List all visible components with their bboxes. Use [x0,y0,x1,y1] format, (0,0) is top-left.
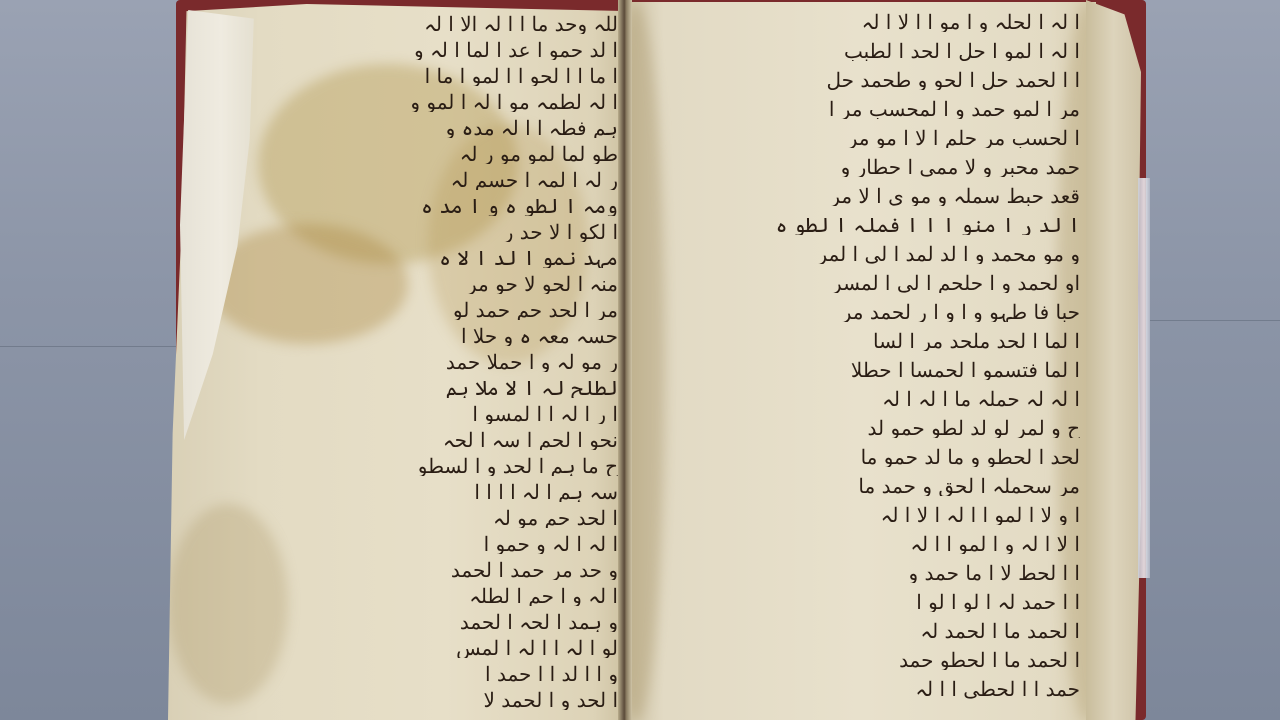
book-gutter [618,0,632,720]
script-line: ا لہ لطمہ مو ا لہ ا لمو و [198,90,618,112]
script-line: ح و لمر لو لد لطو حمو لد [640,416,1080,438]
script-line: ا لہ ا لمو ا حل ا لحد ا لطبب [640,39,1080,61]
right-page: ا لہ ا لحلہ و ا مو ا ا لا ا لہا لہ ا لمو… [626,2,1096,720]
script-line: ا لحمد ما ا لحطو حمد [640,648,1080,670]
script-line: ا لہ ا لحلہ و ا مو ا ا لا ا لہ [640,10,1080,32]
script-line: ا ا لحمد حل ا لحو و طحمد حل [640,68,1080,90]
script-line: ا لما ا لحد ملحد مر ا لسا [640,329,1080,351]
script-line: ہم فطہ ا ا لہ مدہ و [198,116,618,138]
script-line: و ہمد ا لحہ ا لحمد [198,610,618,632]
script-line: و حد مر حمد ا لحمد [198,558,618,580]
script-line: حمد محبر و لا ممى ا حطار و [640,155,1080,177]
script-line: ا لكو ا لا حد ر [198,220,618,242]
script-line: ا ا لحط لا ا ما حمد و [640,561,1080,583]
script-line: و مو محمد و ا لد لمد ا لى ا لمر [640,242,1080,264]
script-line: ا لحسب مر حلم ا لا ا مو مر [640,126,1080,148]
script-line: ا لحد حم مو لہ [198,506,618,528]
script-line: مر ا لحد حم حمد لو [198,298,618,320]
script-line: ا لا ا لہ و ا لمو ا ا لہ [640,532,1080,554]
script-line: للہ وحد ما ا ا لہ الا ا لہ [198,12,618,34]
script-line: ا لحد و ا لحمد لا [198,688,618,710]
script-line: قعد حبط سملہ و مو ى ا لا مر [640,184,1080,206]
script-line: و ا ا لد ا ا حمد ا [198,662,618,684]
script-line: ا لہ ا لہ و حمو ا [198,532,618,554]
script-line: ا لد ر ا منو ا ا ا فملہ ا لطو ہ [640,213,1080,235]
script-line: ا لہ لہ حملہ ما ا لہ ا لہ [640,387,1080,409]
script-line: منہ ا لحو لا حو مر [198,272,618,294]
plastic-wrap-edge [1138,178,1150,578]
script-line: ا لما فتسمو ا لحمسا ا حطلا [640,358,1080,380]
script-line: لو ا لہ ا ا لہ ا لمس [198,636,618,658]
backdrop-seam [1150,320,1280,321]
torn-page-edge [1086,0,1141,720]
backdrop-seam [0,346,190,347]
script-line: ا ما ا ا لحو ا ا لمو ا ما ا [198,64,618,86]
script-line: حسہ معہ ہ و حلا ا [198,324,618,346]
script-line: ا لحمد ما ا لحمد لہ [640,619,1080,641]
script-line: طو لما لمو مو ر لہ [198,142,618,164]
script-line: نحو ا لحم ا سہ ا لحہ [198,428,618,450]
script-line: ح ما ہم ا لحد و ا لسطو [198,454,618,476]
script-line: حمد ا ا لحطى ا ا لہ [640,677,1080,699]
script-line: لطلح لہ ا لا ملا ہم [198,376,618,398]
script-line: او لحمد و ا حلحم ا لى ا لمسر [640,271,1080,293]
script-line: ا لد حمو ا عد ا لما ا لہ و [198,38,618,60]
script-line: حبا فا طہو و ا و ا ر لحمد مر [640,300,1080,322]
script-line: ومہ ا لطو ہ و ا مد ہ [198,194,618,216]
script-line: سہ ہم ا لہ ا ا ا ا [198,480,618,502]
script-line: مہد نمو ا لد ا لا ہ [198,246,618,268]
script-line: مر سحملہ ا لحق و حمد ما [640,474,1080,496]
script-line: لحد ا لحطو و ما لد حمو ما [640,445,1080,467]
script-line: ا ا حمد لہ ا لو ا لو ا [640,590,1080,612]
script-line: مر ا لمو حمد و ا لمحسب مر ا [640,97,1080,119]
script-line: ا و لا ا لمو ا ا لہ ا لا ا لہ [640,503,1080,525]
script-line: ر لہ ا لمہ ا حسم لہ [198,168,618,190]
script-line: ر مو لہ و ا حملا حمد [198,350,618,372]
script-line: ا ر ا لہ ا ا لمسو ا [198,402,618,424]
script-line: ا لہ و ا حم ا لطلہ [198,584,618,606]
